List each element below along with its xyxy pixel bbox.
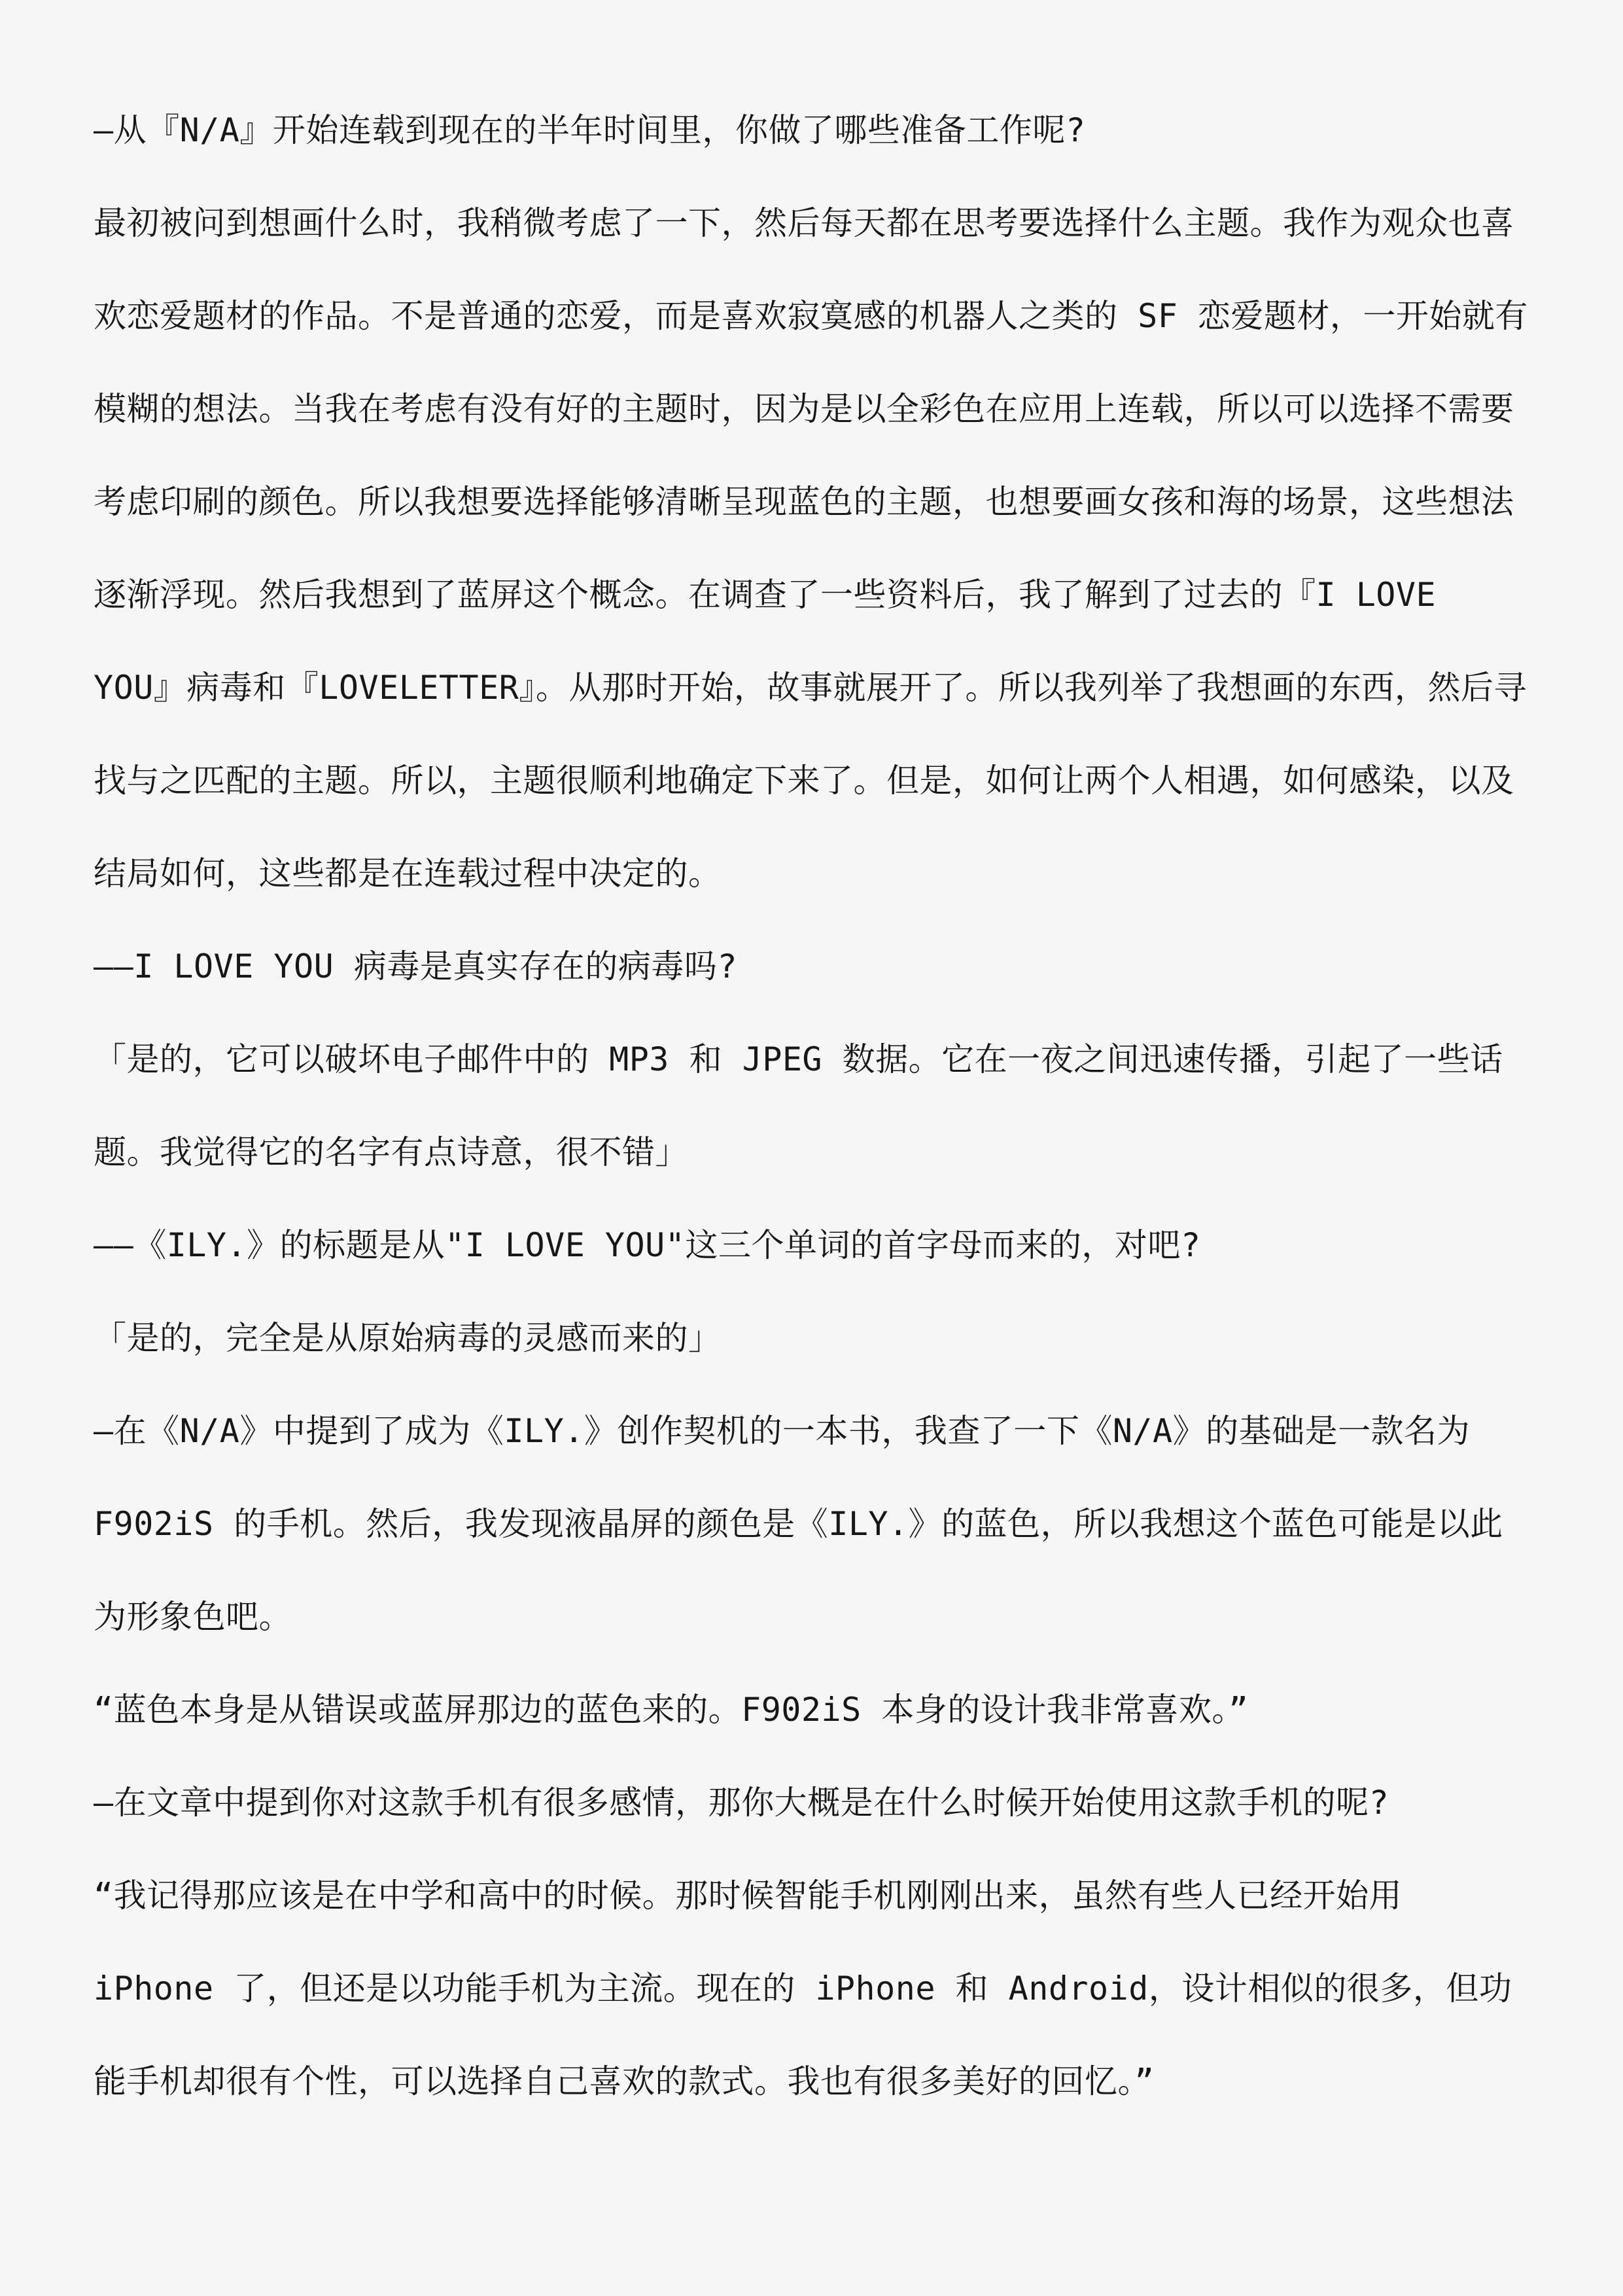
- question-paragraph: ——《ILY.》的标题是从"I LOVE YOU"这三个单词的首字母而来的，对吧…: [94, 1199, 1531, 1292]
- answer-paragraph: 最初被问到想画什么时，我稍微考虑了一下，然后每天都在思考要选择什么主题。我作为观…: [94, 177, 1531, 920]
- answer-paragraph: 「是的，完全是从原始病毒的灵感而来的」: [94, 1292, 1531, 1385]
- question-paragraph: —在《N/A》中提到了成为《ILY.》创作契机的一本书，我查了一下《N/A》的基…: [94, 1385, 1531, 1663]
- document-page: { "page": { "background_color": "#f6f6f6…: [0, 0, 1623, 2296]
- page-background: —从『N/A』开始连载到现在的半年时间里，你做了哪些准备工作呢? 最初被问到想画…: [0, 0, 1623, 2296]
- answer-paragraph: 「是的，它可以破坏电子邮件中的 MP3 和 JPEG 数据。它在一夜之间迅速传播…: [94, 1013, 1531, 1199]
- question-paragraph: ——I LOVE YOU 病毒是真实存在的病毒吗?: [94, 920, 1531, 1013]
- answer-paragraph: “蓝色本身是从错误或蓝屏那边的蓝色来的。F902iS 本身的设计我非常喜欢。”: [94, 1663, 1531, 1756]
- answer-paragraph: “我记得那应该是在中学和高中的时候。那时候智能手机刚刚出来，虽然有些人已经开始用…: [94, 1849, 1531, 2128]
- interview-article: —从『N/A』开始连载到现在的半年时间里，你做了哪些准备工作呢? 最初被问到想画…: [94, 84, 1531, 2128]
- question-paragraph: —从『N/A』开始连载到现在的半年时间里，你做了哪些准备工作呢?: [94, 84, 1531, 177]
- question-paragraph: —在文章中提到你对这款手机有很多感情，那你大概是在什么时候开始使用这款手机的呢?: [94, 1756, 1531, 1849]
